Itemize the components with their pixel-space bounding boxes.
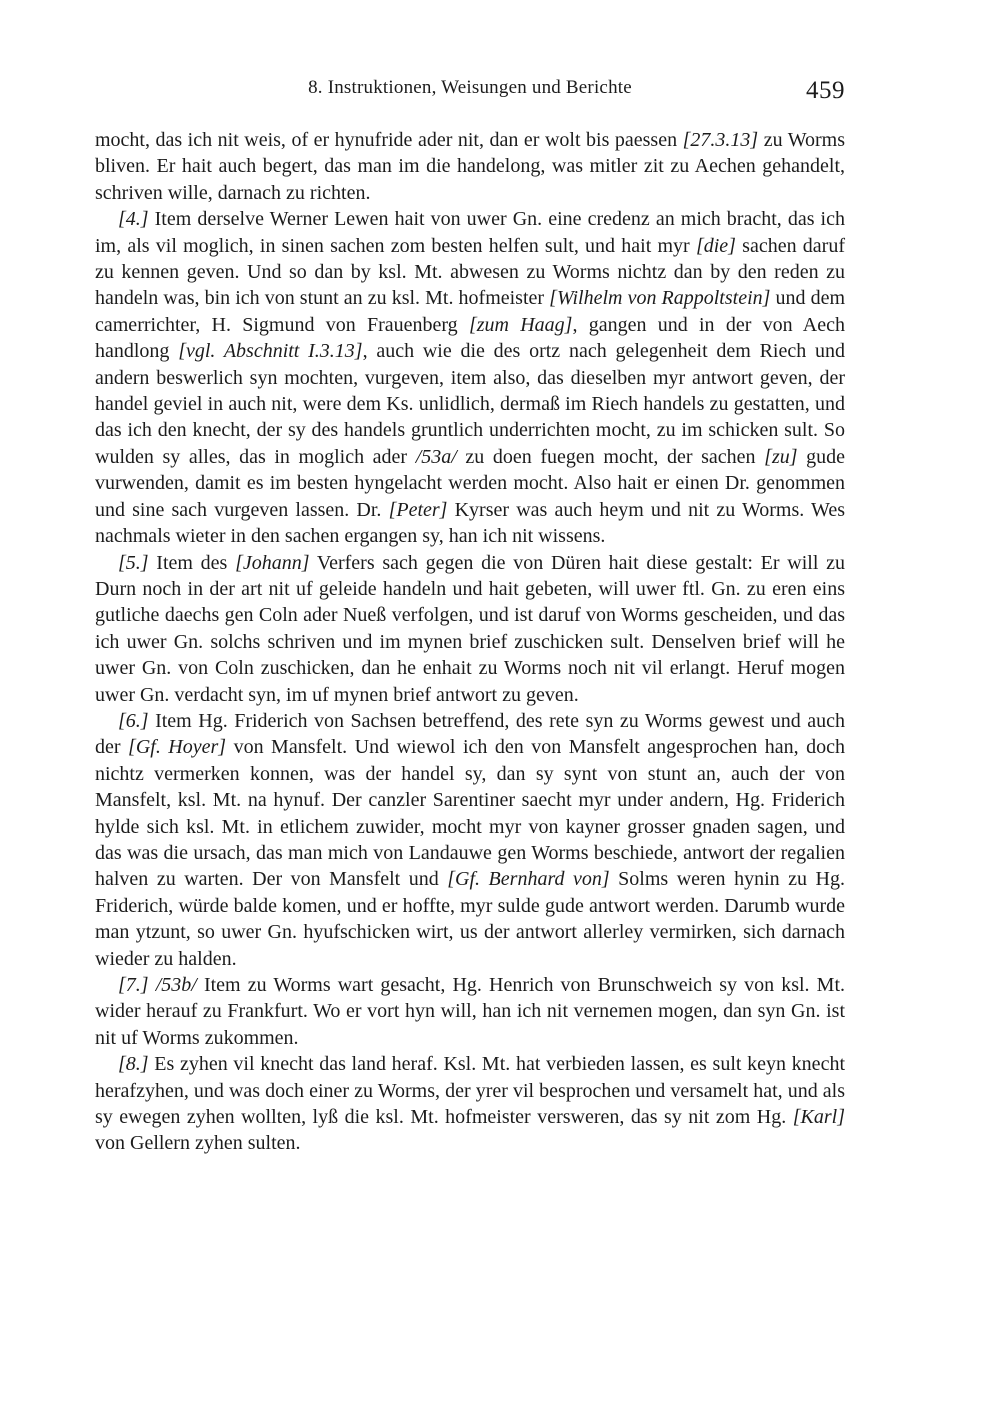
paragraph-5: [5.] Item des [Johann] Verfers sach gege… xyxy=(95,550,845,708)
editorial-insertion: [zu] xyxy=(764,446,797,468)
editorial-insertion: [Wilhelm von Rappoltstein] xyxy=(549,287,770,309)
paragraph-4: [4.] Item derselve Werner Lewen hait von… xyxy=(95,206,845,549)
editorial-insertion: /53a/ xyxy=(416,446,457,468)
page-header: 8. Instruktionen, Weisungen und Berichte… xyxy=(95,76,845,100)
text-run xyxy=(149,974,156,996)
editorial-insertion: [Karl] xyxy=(793,1106,845,1128)
editorial-insertion: [27.3.13] xyxy=(683,129,759,151)
editorial-insertion: [Gf. Hoyer] xyxy=(128,736,226,758)
text-run: Item des xyxy=(149,552,235,574)
text-run: mocht, das ich nit weis, of er hynufride… xyxy=(95,129,683,151)
editorial-insertion: [zum Haag] xyxy=(469,314,573,336)
page-body: mocht, das ich nit weis, of er hynufride… xyxy=(95,127,845,1157)
editorial-insertion: [vgl. Abschnitt I.3.13] xyxy=(178,340,362,362)
editorial-insertion: [Gf. Bernhard von] xyxy=(447,868,609,890)
editorial-insertion: [7.] xyxy=(118,974,149,996)
paragraph-7: [7.] /53b/ Item zu Worms wart gesacht, H… xyxy=(95,972,845,1051)
page-number: 459 xyxy=(806,79,845,103)
text-run: von Gellern zyhen sulten. xyxy=(95,1132,301,1154)
editorial-insertion: [6.] xyxy=(118,710,149,732)
editorial-insertion: [Peter] xyxy=(389,499,448,521)
text-run: Item zu Worms wart gesacht, Hg. Henrich … xyxy=(95,974,845,1049)
text-run: Verfers sach gegen die von Düren hait di… xyxy=(95,552,845,706)
editorial-insertion: /53b/ xyxy=(156,974,197,996)
paragraph-6: [6.] Item Hg. Friderich von Sachsen betr… xyxy=(95,708,845,972)
running-title: 8. Instruktionen, Weisungen und Berichte xyxy=(308,77,632,98)
text-run: zu doen fuegen mocht, der sachen xyxy=(457,446,764,468)
paragraph-8: [8.] Es zyhen vil knecht das land heraf.… xyxy=(95,1051,845,1157)
editorial-insertion: [die] xyxy=(696,235,736,257)
editorial-insertion: [4.] xyxy=(118,208,149,230)
text-run: Es zyhen vil knecht das land heraf. Ksl.… xyxy=(95,1053,845,1128)
editorial-insertion: [5.] xyxy=(118,552,149,574)
editorial-insertion: [8.] xyxy=(118,1053,149,1075)
paragraph-continuation: mocht, das ich nit weis, of er hynufride… xyxy=(95,127,845,206)
book-page: 8. Instruktionen, Weisungen und Berichte… xyxy=(0,0,1004,1418)
editorial-insertion: [Johann] xyxy=(235,552,309,574)
